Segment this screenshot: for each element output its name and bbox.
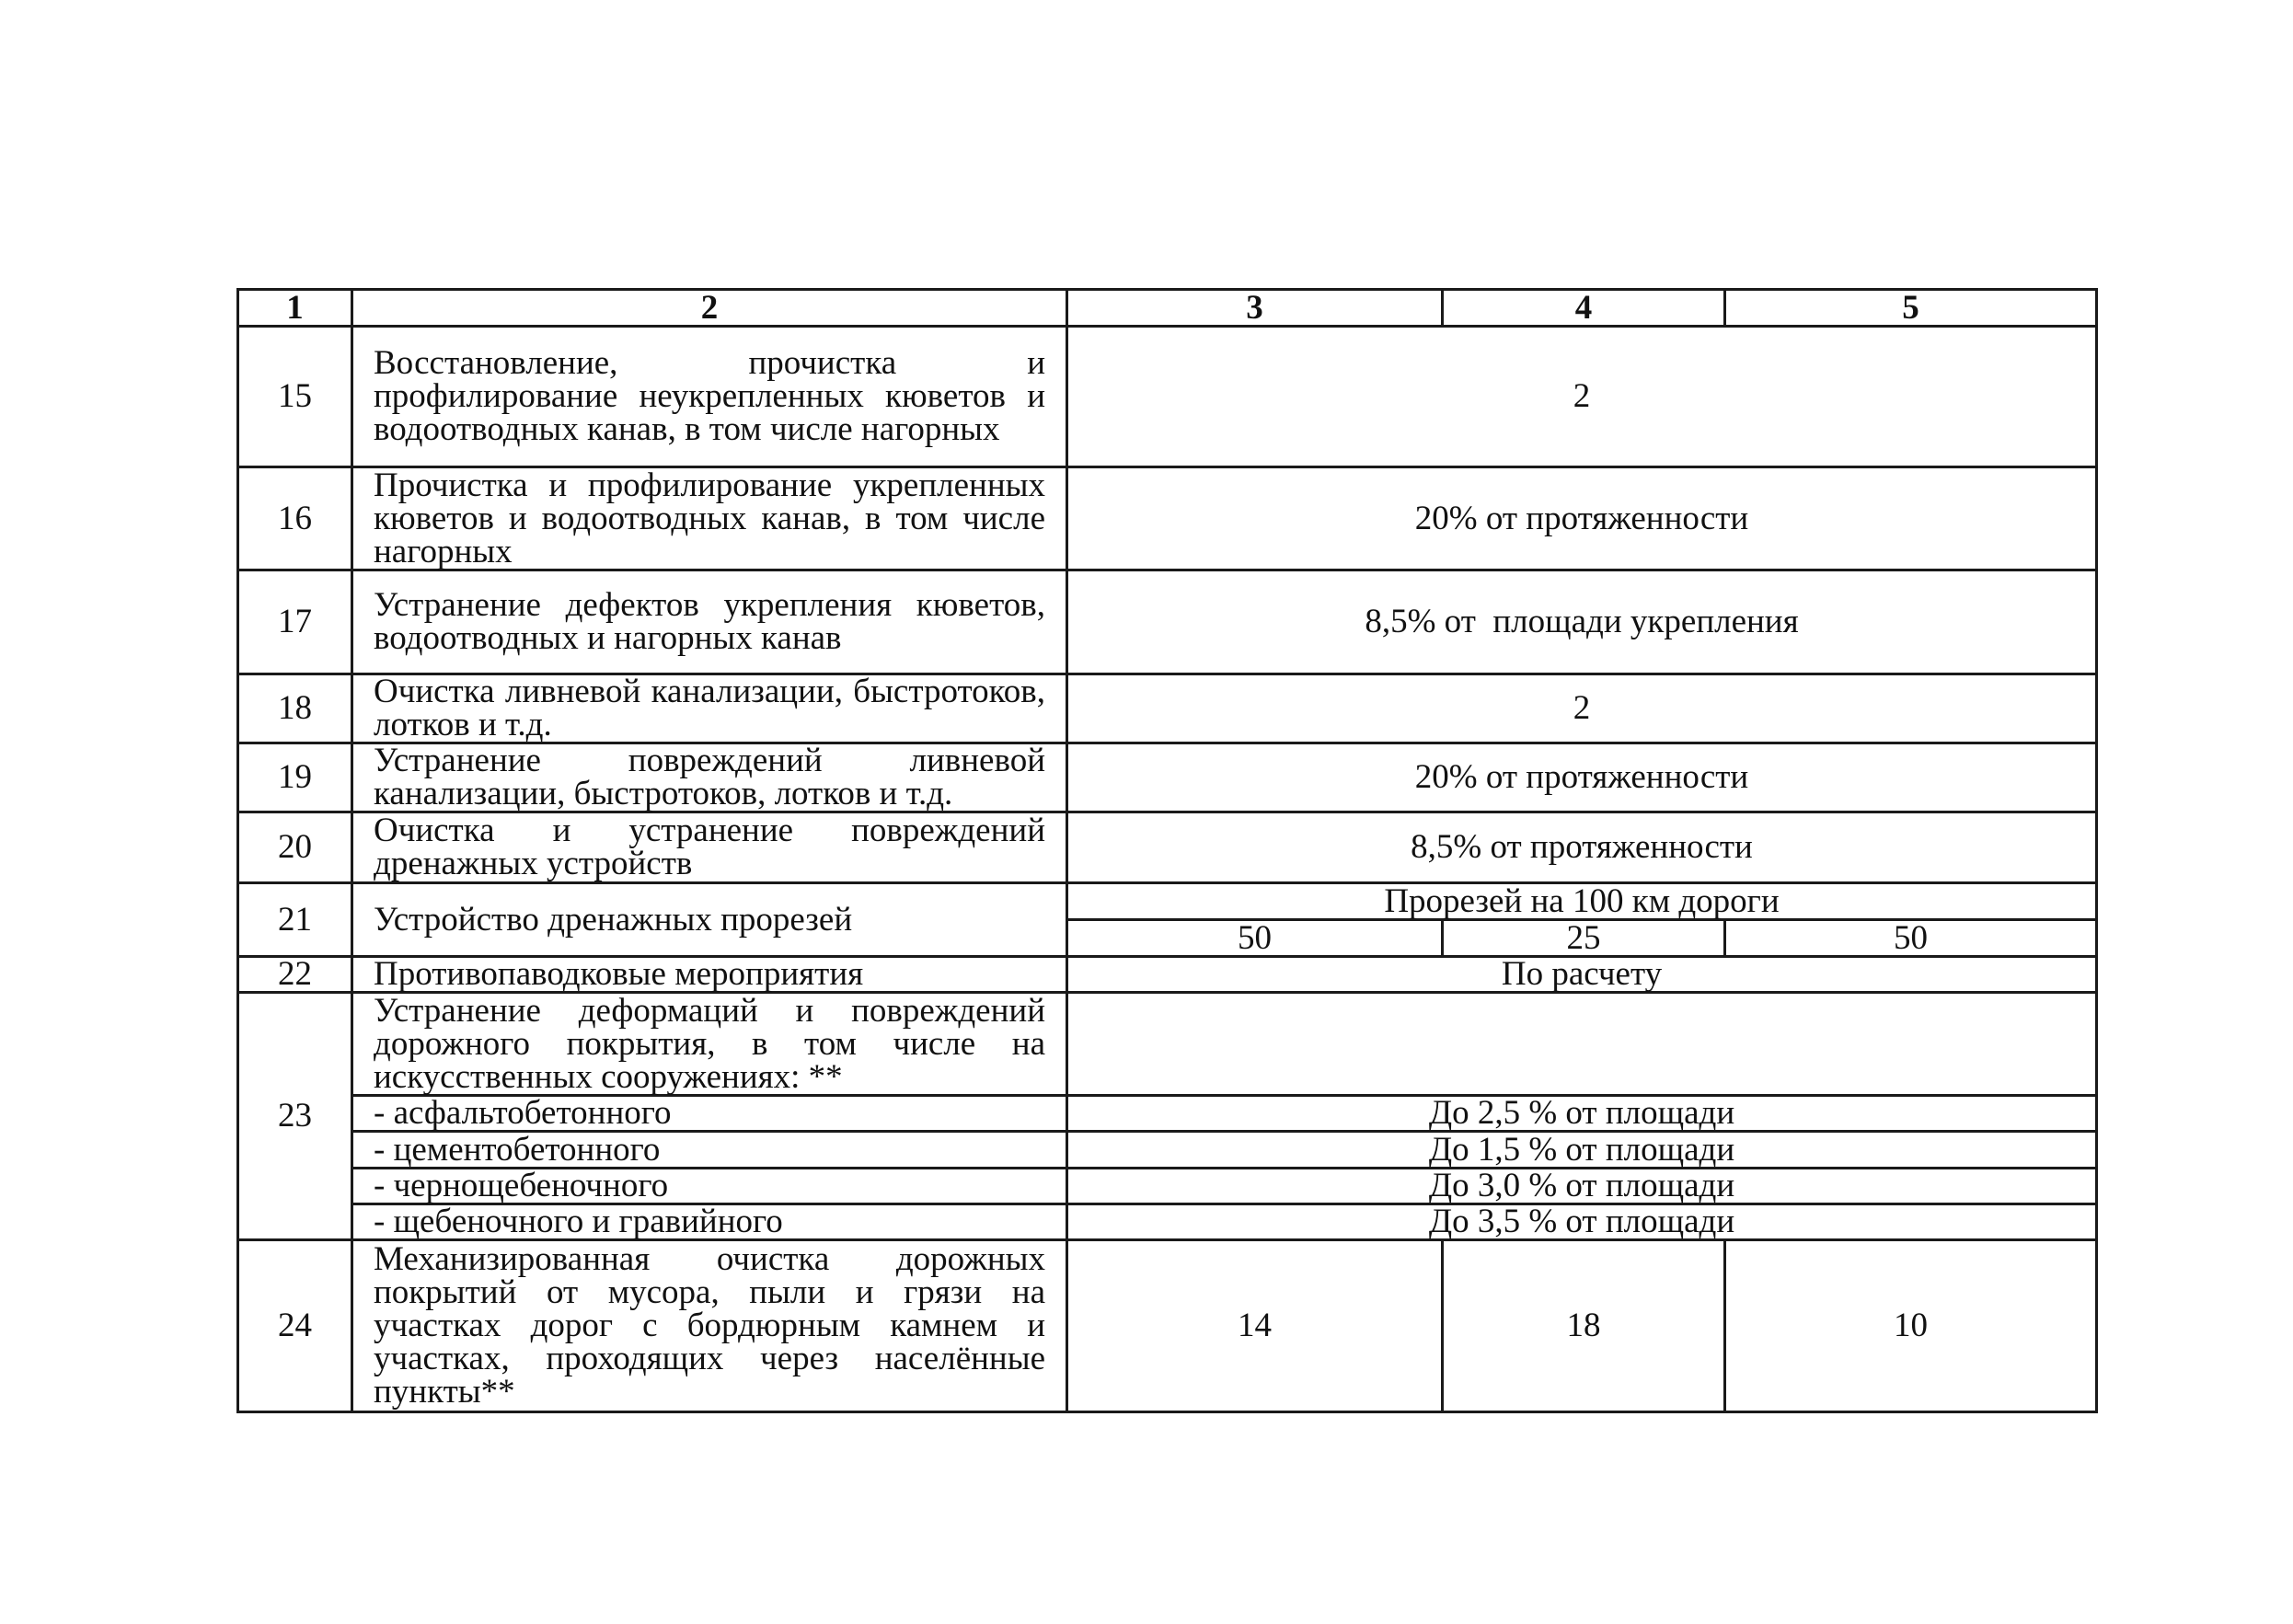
row-description: Устранение повреждений ливневой канализа… bbox=[352, 743, 1067, 812]
table-row: 22 Противопаводковые мероприятия По расч… bbox=[238, 957, 2097, 993]
table-row: 18 Очистка ливневой канализации, быстрот… bbox=[238, 674, 2097, 743]
row-value: 2 bbox=[1067, 674, 2097, 743]
row-value: 8,5% от площади укрепления bbox=[1067, 570, 2097, 674]
row-value-col-5: 10 bbox=[1725, 1240, 2097, 1412]
subrow-label: - щебеночного и гравийного bbox=[352, 1204, 1067, 1240]
table-row: 15 Восстановление, прочистка и профилиро… bbox=[238, 327, 2097, 467]
row-number: 18 bbox=[238, 674, 352, 743]
row-description: Восстановление, прочистка и профилирован… bbox=[352, 327, 1067, 467]
row-description: Прочистка и профилирование укрепленных к… bbox=[352, 467, 1067, 570]
table-subrow: - чернощебеночного До 3,0 % от площади bbox=[238, 1169, 2097, 1204]
row-number: 21 bbox=[238, 883, 352, 957]
header-col-4: 4 bbox=[1443, 290, 1725, 327]
row-value-col-4: 25 bbox=[1443, 920, 1725, 957]
subrow-value: До 3,0 % от площади bbox=[1067, 1169, 2097, 1204]
table-row: 24 Механизированная очистка дорожных пок… bbox=[238, 1240, 2097, 1412]
header-col-2: 2 bbox=[352, 290, 1067, 327]
header-col-5: 5 bbox=[1725, 290, 2097, 327]
maintenance-norms-table: 1 2 3 4 5 15 Восстановление, прочистка и… bbox=[236, 288, 2098, 1413]
row-number: 17 bbox=[238, 570, 352, 674]
row-number: 22 bbox=[238, 957, 352, 993]
subrow-value: До 3,5 % от площади bbox=[1067, 1204, 2097, 1240]
row-description: Устранение дефектов укрепления кюветов, … bbox=[352, 570, 1067, 674]
row-value: По расчету bbox=[1067, 957, 2097, 993]
header-col-1: 1 bbox=[238, 290, 352, 327]
row-number: 19 bbox=[238, 743, 352, 812]
row-description: Устройство дренажных прорезей bbox=[352, 883, 1067, 957]
row-value: 20% от протяженности bbox=[1067, 743, 2097, 812]
document-page: 1 2 3 4 5 15 Восстановление, прочистка и… bbox=[0, 0, 2293, 1624]
subrow-label: - цементобетонного bbox=[352, 1132, 1067, 1169]
table-row: 17 Устранение дефектов укрепления кювето… bbox=[238, 570, 2097, 674]
header-col-3: 3 bbox=[1067, 290, 1443, 327]
row-value-col-5: 50 bbox=[1725, 920, 2097, 957]
table-row: 19 Устранение повреждений ливневой канал… bbox=[238, 743, 2097, 812]
table-subrow: - щебеночного и гравийного До 3,5 % от п… bbox=[238, 1204, 2097, 1240]
table-subrow: - асфальтобетонного До 2,5 % от площади bbox=[238, 1096, 2097, 1132]
row-description: Противопаводковые мероприятия bbox=[352, 957, 1067, 993]
row-value-text: 8,5% от площади укрепления bbox=[1365, 603, 1798, 640]
row-description: Устранение деформаций и повреждений доро… bbox=[352, 993, 1067, 1096]
row-value: 2 bbox=[1067, 327, 2097, 467]
subrow-label: - асфальтобетонного bbox=[352, 1096, 1067, 1132]
row-number: 16 bbox=[238, 467, 352, 570]
header-row: 1 2 3 4 5 bbox=[238, 290, 2097, 327]
row-number: 24 bbox=[238, 1240, 352, 1412]
row-number: 15 bbox=[238, 327, 352, 467]
table-row: 23 Устранение деформаций и повреждений д… bbox=[238, 993, 2097, 1096]
row-value-col-3: 50 bbox=[1067, 920, 1443, 957]
row-value-col-3: 14 bbox=[1067, 1240, 1443, 1412]
table-row: 20 Очистка и устранение повреждений дрен… bbox=[238, 812, 2097, 883]
row-number: 23 bbox=[238, 993, 352, 1240]
row-value: 8,5% от протяженности bbox=[1067, 812, 2097, 883]
row-value: 20% от протяженности bbox=[1067, 467, 2097, 570]
subrow-value: До 2,5 % от площади bbox=[1067, 1096, 2097, 1132]
table-subrow: - цементобетонного До 1,5 % от площади bbox=[238, 1132, 2097, 1169]
row-description: Очистка и устранение повреждений дренажн… bbox=[352, 812, 1067, 883]
row-value-header: Прорезей на 100 км дороги bbox=[1067, 883, 2097, 920]
table-row: 16 Прочистка и профилирование укрепленны… bbox=[238, 467, 2097, 570]
row-value-empty bbox=[1067, 993, 2097, 1096]
table-row: 21 Устройство дренажных прорезей Прорезе… bbox=[238, 883, 2097, 920]
subrow-label: - чернощебеночного bbox=[352, 1169, 1067, 1204]
row-value-col-4: 18 bbox=[1443, 1240, 1725, 1412]
row-description: Очистка ливневой канализации, быстротоко… bbox=[352, 674, 1067, 743]
subrow-value: До 1,5 % от площади bbox=[1067, 1132, 2097, 1169]
row-description: Механизированная очистка дорожных покрыт… bbox=[352, 1240, 1067, 1412]
row-number: 20 bbox=[238, 812, 352, 883]
